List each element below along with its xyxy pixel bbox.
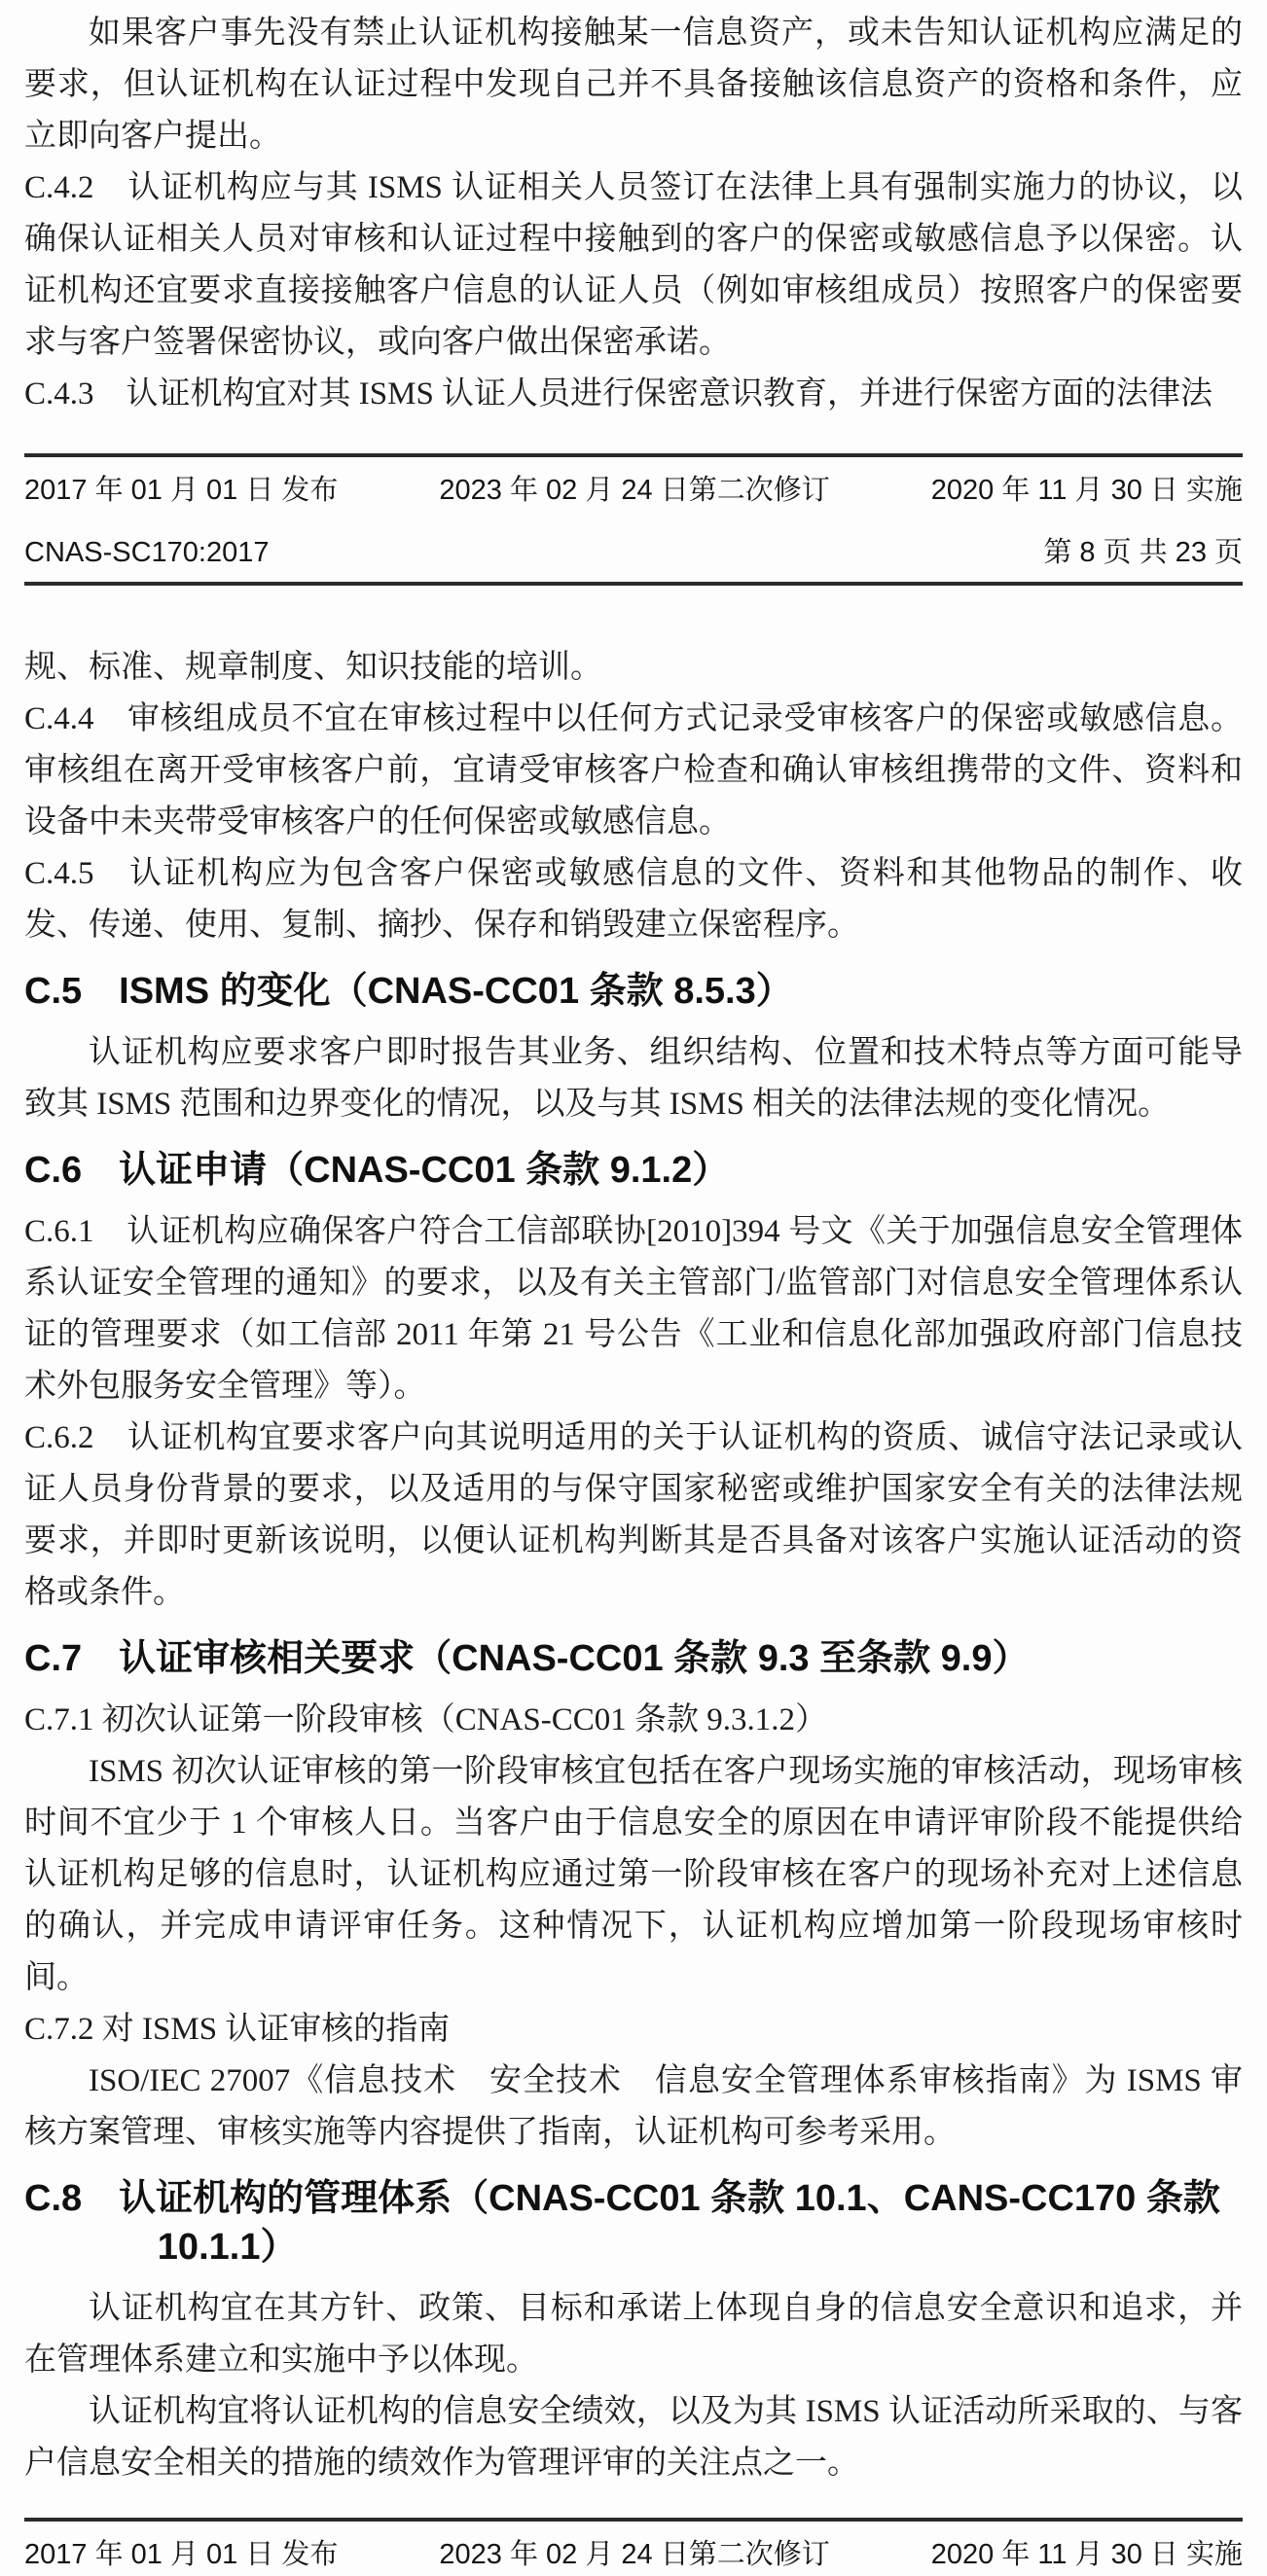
paragraph: 如果客户事先没有禁止认证机构接触某一信息资产，或未告知认证机构应满足的要求，但认… [24,8,1243,162]
subclause-heading-c71: C.7.1 初次认证第一阶段审核（CNAS-CC01 条款 9.3.1.2） [24,1695,1243,1746]
clause-paragraph-c44: C.4.4 审核组成员不宜在审核过程中以任何方式记录受审核客户的保密或敏感信息。… [24,694,1243,848]
section-heading-c8: C.8 认证机构的管理体系（CNAS-CC01 条款 10.1、CANS-CC1… [24,2174,1243,2272]
page-number: 第 8 页 共 23 页 [1043,530,1243,570]
footer-doc-row: CNAS-SC170:2017 第 8 页 共 23 页 [24,519,1243,582]
footer-dates-row: 2017 年 01 月 01 日 发布 2023 年 02 月 24 日第二次修… [24,2522,1243,2576]
page1-content: 如果客户事先没有禁止认证机构接触某一信息资产，或未告知认证机构应满足的要求，但认… [0,0,1267,420]
implementation-date: 2020 年 11 月 30 日 实施 [931,468,1243,508]
paragraph: 认证机构宜将认证机构的信息安全绩效，以及为其 ISMS 认证活动所采取的、与客户… [24,2386,1243,2489]
document-code: CNAS-SC170:2017 [24,537,269,569]
page1-footer: 2017 年 01 月 01 日 发布 2023 年 02 月 24 日第二次修… [24,453,1243,586]
clause-paragraph-c62: C.6.2 认证机构宜要求客户向其说明适用的关于认证机构的资质、诚信守法记录或认… [24,1413,1243,1619]
section-heading-c7: C.7 认证审核相关要求（CNAS-CC01 条款 9.3 至条款 9.9） [24,1634,1243,1683]
clause-paragraph-c42: C.4.2 认证机构应与其 ISMS 认证相关人员签订在法律上具有强制实施力的协… [24,162,1243,369]
paragraph: 认证机构应要求客户即时报告其业务、组织结构、位置和技术特点等方面可能导致其 IS… [24,1027,1243,1130]
revision-date: 2023 年 02 月 24 日第二次修订 [439,2532,829,2572]
clause-paragraph-c45: C.4.5 认证机构应为包含客户保密或敏感信息的文件、资料和其他物品的制作、收发… [24,848,1243,951]
clause-paragraph-c43: C.4.3 认证机构宜对其 ISMS 认证人员进行保密意识教育，并进行保密方面的… [24,369,1243,420]
footer-dates-row: 2017 年 01 月 01 日 发布 2023 年 02 月 24 日第二次修… [24,457,1243,519]
section-heading-c6: C.6 认证申请（CNAS-CC01 条款 9.1.2） [24,1146,1243,1195]
subclause-heading-c72: C.7.2 对 ISMS 认证审核的指南 [24,2004,1243,2056]
implementation-date: 2020 年 11 月 30 日 实施 [931,2532,1243,2572]
paragraph: 认证机构宜在其方针、政策、目标和承诺上体现自身的信息安全意识和追求，并在管理体系… [24,2283,1243,2386]
paragraph: ISO/IEC 27007《信息技术 安全技术 信息安全管理体系审核指南》为 I… [24,2056,1243,2159]
publish-date: 2017 年 01 月 01 日 发布 [24,468,338,508]
page2-footer: 2017 年 01 月 01 日 发布 2023 年 02 月 24 日第二次修… [24,2518,1243,2576]
publish-date: 2017 年 01 月 01 日 发布 [24,2532,338,2572]
clause-paragraph-c61: C.6.1 认证机构应确保客户符合工信部联协[2010]394 号文《关于加强信… [24,1206,1243,1413]
section-heading-c5: C.5 ISMS 的变化（CNAS-CC01 条款 8.5.3） [24,967,1243,1016]
revision-date: 2023 年 02 月 24 日第二次修订 [439,468,829,508]
page2-content: 规、标准、规章制度、知识技能的培训。 C.4.4 审核组成员不宜在审核过程中以任… [0,642,1267,2489]
document-page: 如果客户事先没有禁止认证机构接触某一信息资产，或未告知认证机构应满足的要求，但认… [0,0,1267,2489]
paragraph: 规、标准、规章制度、知识技能的培训。 [24,642,1243,694]
footer-bottom-divider [24,582,1243,586]
paragraph: ISMS 初次认证审核的第一阶段审核宜包括在客户现场实施的审核活动，现场审核时间… [24,1746,1243,2004]
